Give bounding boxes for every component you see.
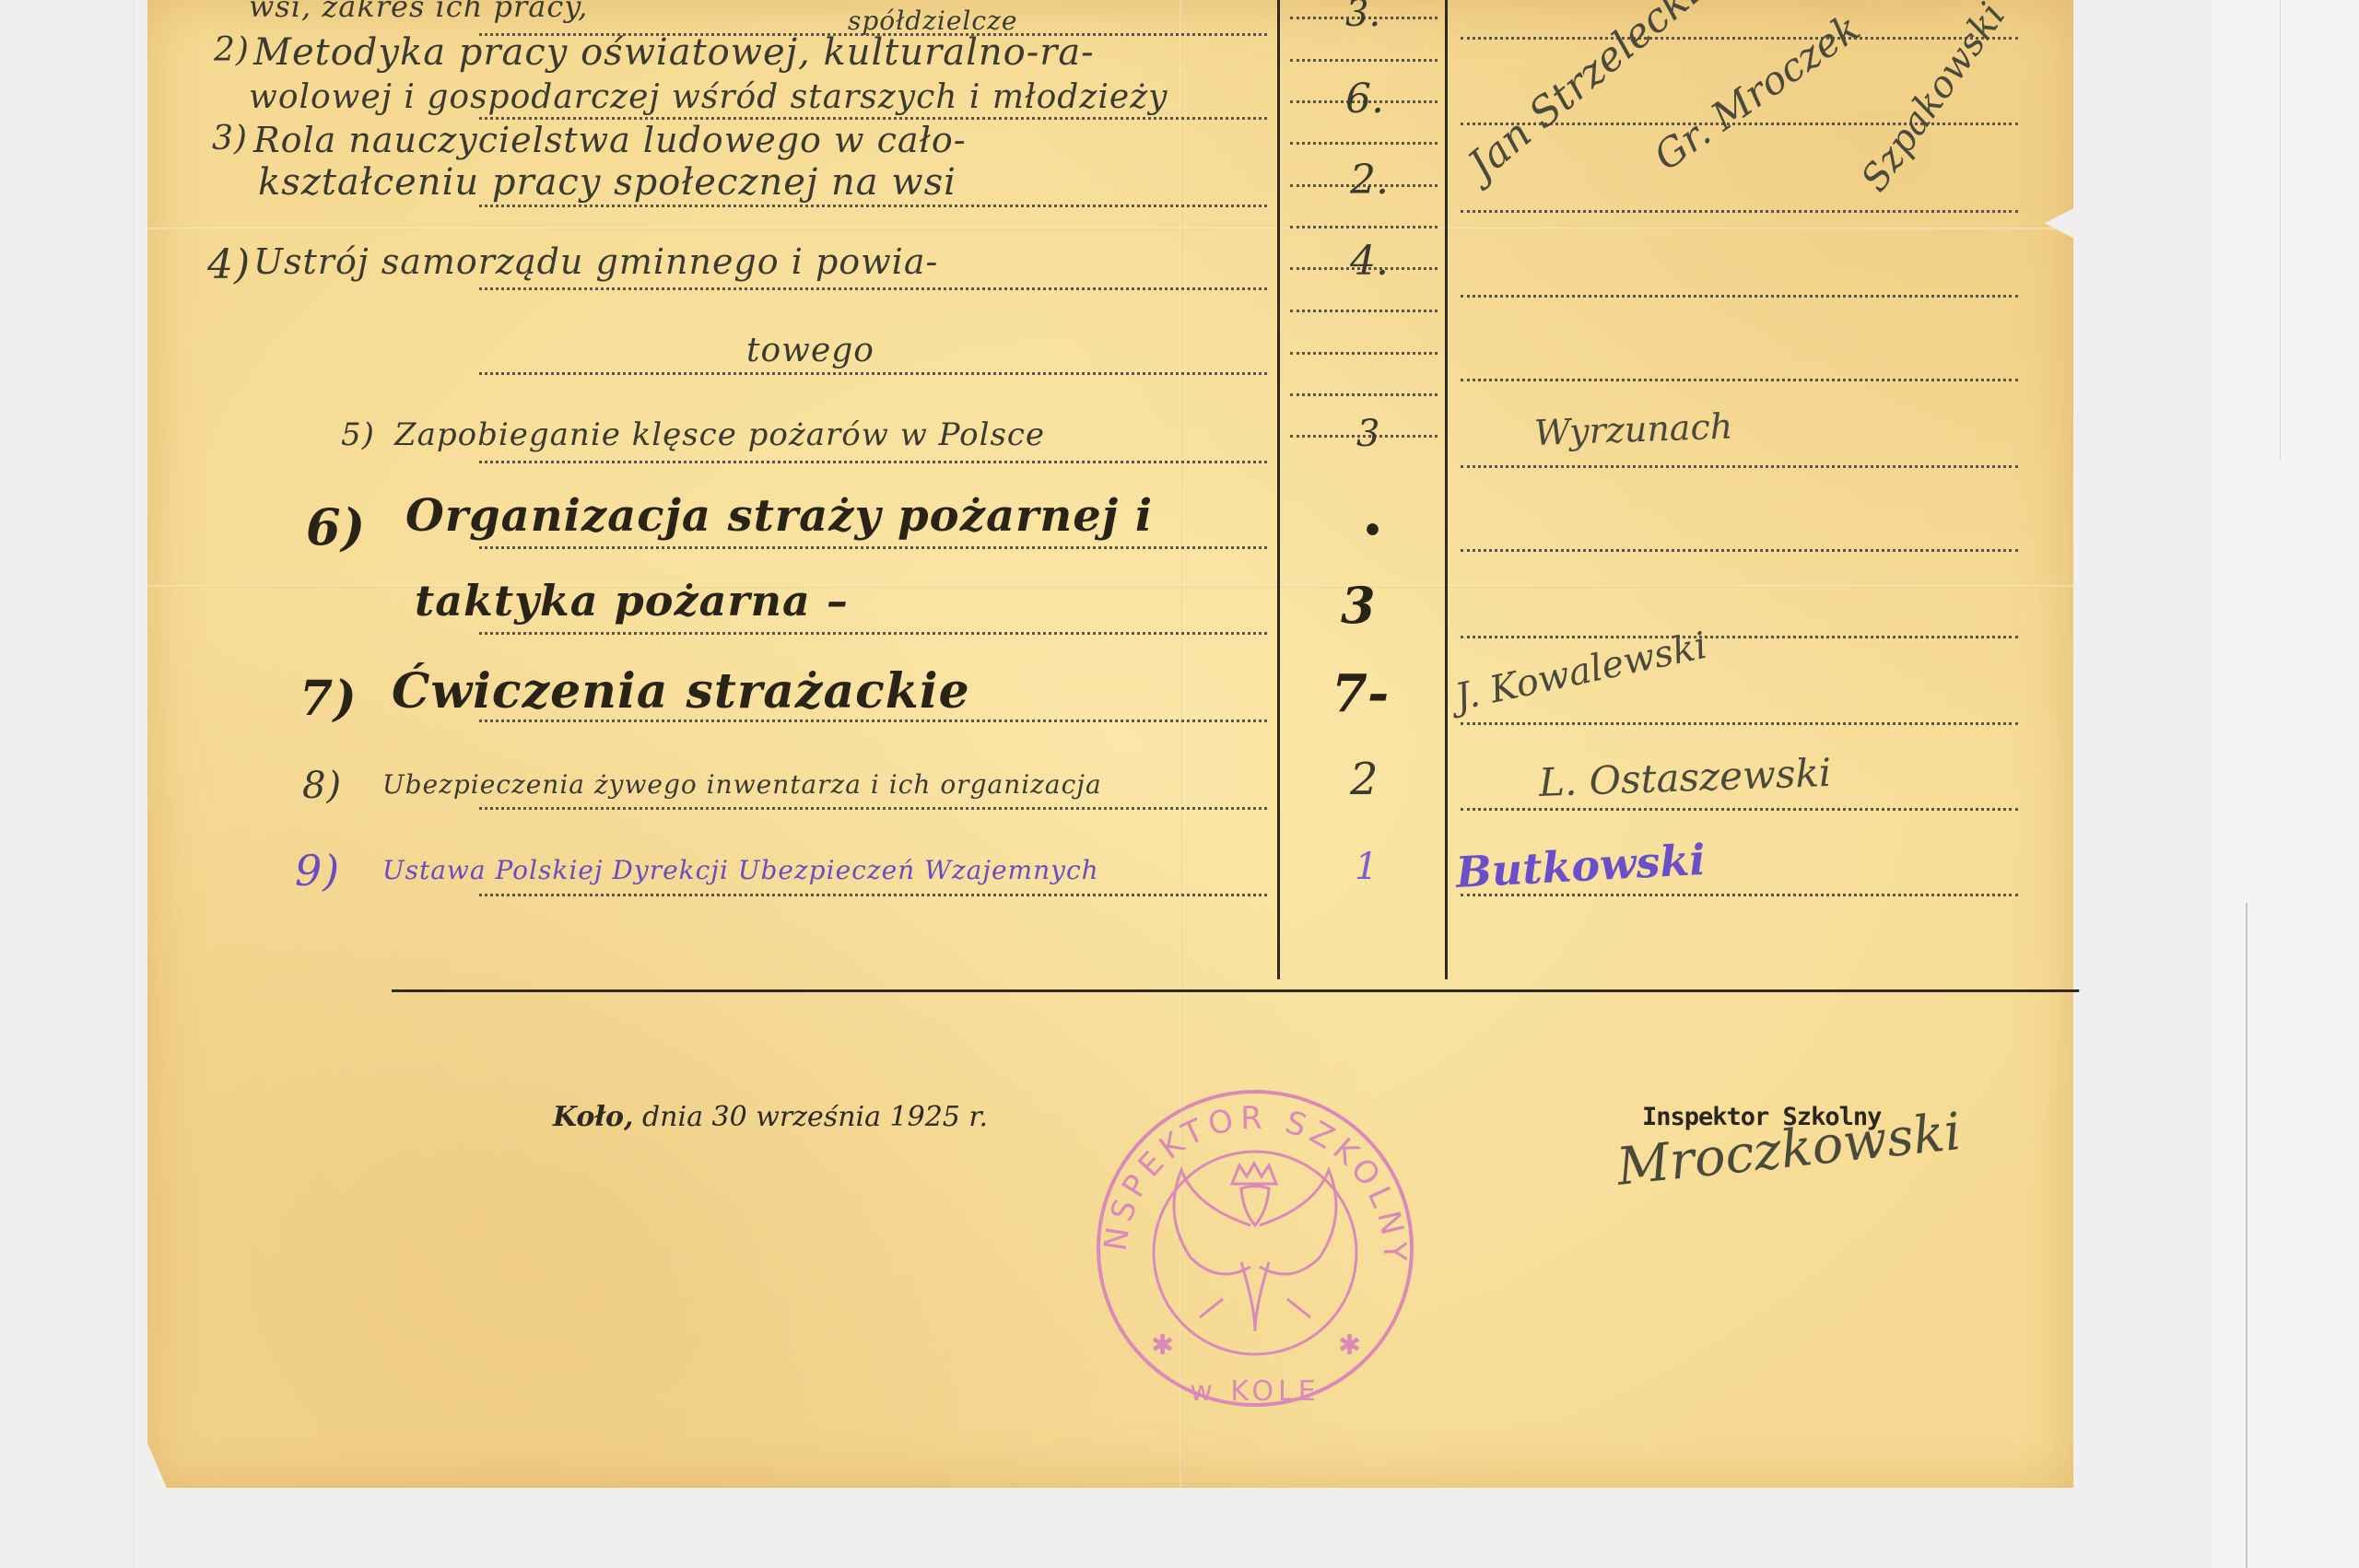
column-rule-hours <box>1277 0 1280 979</box>
hours-value: 2. <box>1350 157 1389 204</box>
backdrop-edge-line-top <box>2280 0 2281 461</box>
subject-text: wsi, zakres ich pracy, <box>249 0 588 24</box>
row-line <box>1461 295 2018 298</box>
stamp-bottom-text: w KOLE <box>1190 1375 1320 1408</box>
row-line <box>479 205 1267 207</box>
row-number: 4) <box>207 241 251 288</box>
row-number: 8) <box>302 765 342 807</box>
lecturer-signature: L. Ostaszewski <box>1538 750 1832 805</box>
subject-text: kształceniu pracy społecznej na wsi <box>258 161 957 204</box>
hours-value: 2 <box>1350 754 1379 805</box>
row-line <box>1290 226 1438 228</box>
row-number: 3) <box>212 120 248 158</box>
row-line <box>479 372 1267 375</box>
hours-value: 6. <box>1345 76 1384 123</box>
row-line <box>479 894 1267 896</box>
place-date: Koło, dnia 30 września 1925 r. <box>553 1101 988 1133</box>
row-line <box>479 632 1267 635</box>
row-line <box>1290 393 1438 396</box>
subject-text: Rola nauczycielstwa ludowego w cało- <box>253 120 967 160</box>
column-rule-signature <box>1445 0 1448 979</box>
subject-text: towego <box>746 332 874 369</box>
backdrop-edge-line-left <box>134 0 135 1568</box>
row-line <box>1461 379 2018 381</box>
subject-text: Organizacja straży pożarnej i <box>405 490 1153 542</box>
row-line <box>1461 636 2018 638</box>
lecturer-signature: J. Kowalewski <box>1451 625 1710 720</box>
row-line <box>1290 352 1438 355</box>
row-line <box>479 461 1267 463</box>
svg-text:✱: ✱ <box>1338 1329 1361 1362</box>
row-line <box>479 287 1267 290</box>
eagle-emblem-icon: INSPEKTOR SZKOLNY w KOLE ✱ ✱ <box>1085 1078 1426 1419</box>
lecturer-signature: Wyrzunach <box>1533 406 1733 453</box>
lecturer-signature: Szpakowski <box>1853 0 2013 199</box>
row-number: 2) <box>214 31 250 69</box>
fold-crease-horizontal <box>147 228 2073 230</box>
backdrop-edge-line <box>2246 903 2248 1568</box>
hours-value: • <box>1362 511 1383 550</box>
row-line <box>1461 37 2018 40</box>
hours-value: 1 <box>1355 846 1378 888</box>
subject-text: Metodyka pracy oświatowej, kulturalno-ra… <box>253 31 1095 74</box>
date-text: dnia 30 września 1925 r. <box>642 1101 988 1133</box>
backdrop-sheet-right <box>2212 0 2359 1568</box>
row-line <box>1290 59 1438 62</box>
lecturer-signature: Butkowski <box>1455 835 1707 897</box>
subject-text: Ubezpieczenia żywego inwentarza i ich or… <box>382 769 1102 800</box>
row-number: 9) <box>295 846 340 895</box>
subject-text: Zapobieganie klęsce pożarów w Polsce <box>394 416 1045 453</box>
table-bottom-rule <box>392 989 2147 992</box>
svg-text:✱: ✱ <box>1151 1329 1174 1362</box>
row-line <box>1461 549 2018 552</box>
hours-value: 3 <box>1356 413 1379 455</box>
row-line <box>1461 808 2018 811</box>
row-line <box>1290 310 1438 312</box>
row-line <box>479 546 1267 549</box>
place-name: Koło, <box>553 1101 633 1133</box>
subject-text: Ustrój samorządu gminnego i powia- <box>253 241 938 282</box>
row-line <box>1461 210 2018 213</box>
row-line <box>1461 894 2018 896</box>
subject-text: Ćwiczenia strażackie <box>392 663 970 720</box>
subject-text: taktyka pożarna – <box>415 576 849 626</box>
row-number: 6) <box>306 497 366 556</box>
hours-value: 4. <box>1350 238 1389 285</box>
lecturer-signature: Gr. Mroczek <box>1646 5 1868 179</box>
row-line <box>1461 722 2018 725</box>
hours-value: 3 <box>1341 576 1376 635</box>
hours-value: 3. <box>1345 0 1380 35</box>
row-line <box>479 807 1267 810</box>
official-stamp: INSPEKTOR SZKOLNY w KOLE ✱ ✱ <box>1085 1078 1426 1419</box>
subject-text: Ustawa Polskiej Dyrekcji Ubezpieczeń Wza… <box>382 855 1099 885</box>
row-line <box>1290 142 1438 145</box>
subject-text: wolowej i gospodarczej wśród starszych i… <box>249 78 1168 116</box>
row-line <box>479 720 1267 722</box>
row-number: 7) <box>299 671 358 727</box>
hours-value: 7- <box>1332 663 1389 724</box>
row-number: 5) <box>341 416 375 453</box>
row-line <box>1461 465 2018 468</box>
